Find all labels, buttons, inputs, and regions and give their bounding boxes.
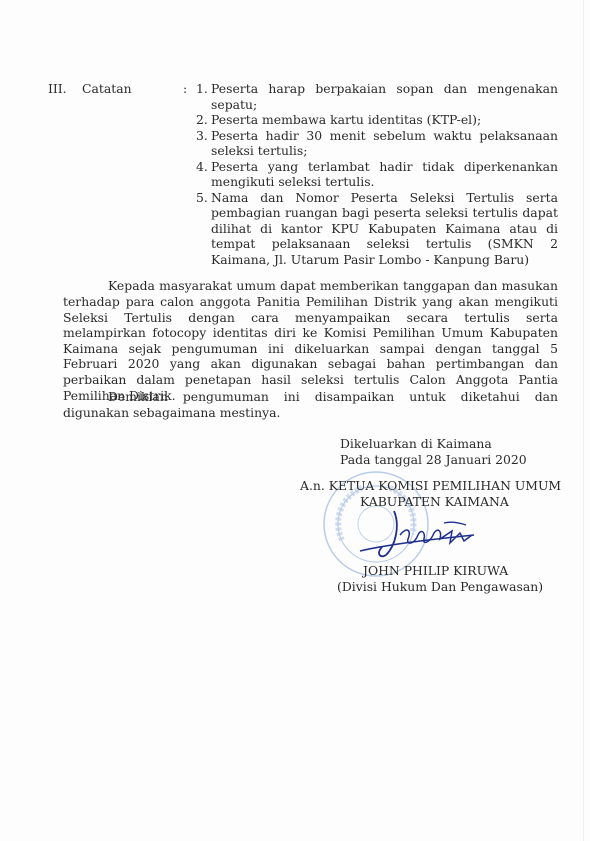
signature-icon [356, 505, 486, 565]
section-number: III. [48, 81, 82, 96]
document-page: III.Catatan : 1.Peserta harap berpakaian… [0, 0, 590, 841]
page-edge [583, 0, 584, 841]
section-label: Catatan [82, 81, 132, 96]
notes-list: 1.Peserta harap berpakaian sopan dan men… [196, 81, 558, 267]
feedback-paragraph: Kepada masyarakat umum dapat memberikan … [63, 278, 558, 403]
notes-colon: : [183, 81, 187, 96]
list-item: 1.Peserta harap berpakaian sopan dan men… [196, 81, 558, 112]
on-behalf-title: A.n. KETUA KOMISI PEMILIHAN UMUM [300, 478, 561, 494]
list-item: 4.Peserta yang terlambat hadir tidak dip… [196, 159, 558, 190]
closing-paragraph: Demikian pengumuman ini disampaikan untu… [63, 389, 558, 420]
signatory-division: (Divisi Hukum Dan Pengawasan) [337, 579, 543, 595]
list-item: 3.Peserta hadir 30 menit sebelum waktu p… [196, 128, 558, 159]
signatory-name: JOHN PHILIP KIRUWA [363, 563, 508, 579]
office-name: KABUPATEN KAIMANA [360, 494, 509, 510]
notes-heading: III.Catatan [48, 81, 132, 96]
issued-place: Dikeluarkan di Kaimana [340, 436, 492, 452]
issued-date: Pada tanggal 28 Januari 2020 [340, 452, 527, 468]
list-item: 5.Nama dan Nomor Peserta Seleksi Tertuli… [196, 190, 558, 268]
list-item: 2.Peserta membawa kartu identitas (KTP-e… [196, 112, 558, 128]
